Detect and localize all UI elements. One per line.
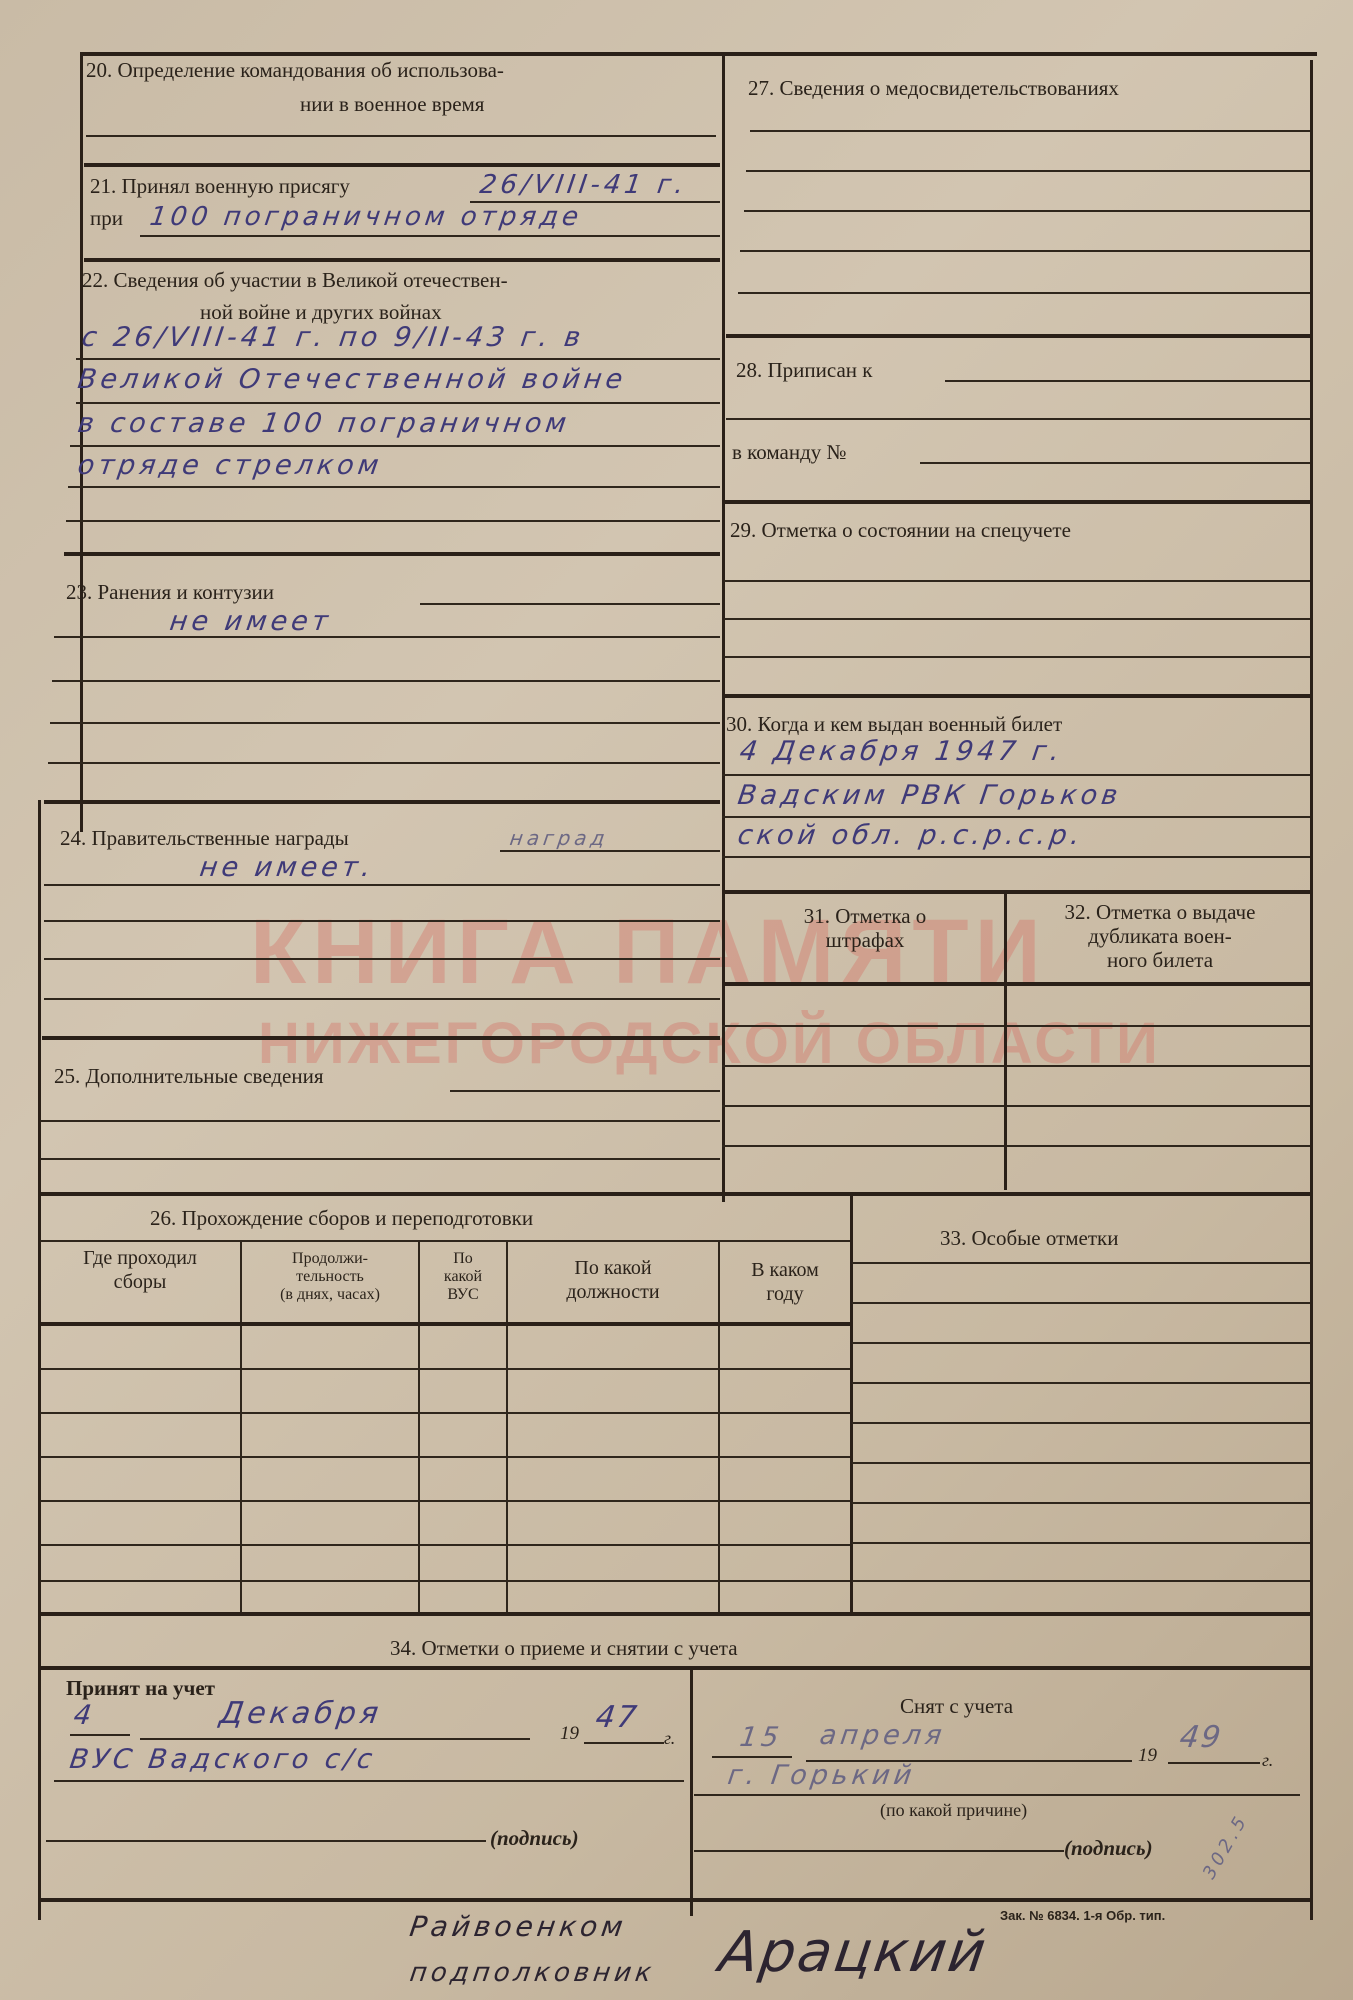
registration-title: 34. Отметки о приеме и снятии с учета — [390, 1636, 738, 1660]
column-header-year: В какомгоду — [720, 1258, 850, 1306]
column-header-duration: Продолжи-тельность(в днях, часах) — [242, 1250, 418, 1304]
accepted-signature-line[interactable] — [46, 1840, 486, 1842]
removed-label: Снят с учета — [900, 1694, 1013, 1718]
removed-reason[interactable]: г. Горький — [726, 1760, 918, 1791]
field-25-label: 25. Дополнительные сведения — [54, 1064, 324, 1088]
accepted-signature-label: (подпись) — [490, 1826, 579, 1850]
field-30-label: 30. Когда и кем выдан военный билет — [726, 712, 1062, 736]
table-row[interactable] — [40, 1580, 850, 1582]
right-border — [1310, 60, 1313, 1920]
signer-rank: подполковник — [408, 1958, 657, 1988]
removed-reason-label: (по какой причине) — [880, 1800, 1027, 1820]
field-33-label: 33. Особые отметки — [940, 1226, 1118, 1250]
print-info: Зак. № 6834. 1-я Обр. тип. — [1000, 1908, 1165, 1923]
table-row[interactable] — [40, 1544, 850, 1546]
commissar-signature: Арацкий — [715, 1920, 991, 1985]
field-27-label: 27. Сведения о медосвидетельствованиях — [748, 76, 1119, 100]
field-22-label: 22. Сведения об участии в Великой отечес… — [82, 268, 508, 292]
field-21-prefix: при — [90, 206, 123, 230]
field-20-line — [86, 135, 716, 137]
field-30-line-3[interactable]: ской обл. р.с.р.с.р. — [736, 820, 1086, 851]
signer-title: Райвоенком — [408, 1910, 629, 1943]
field-28-command-line[interactable] — [920, 462, 1310, 464]
left-border-lower — [38, 800, 41, 1920]
document-page: КНИГА ПАМЯТИ НИЖЕГОРОДСКОЙ ОБЛАСТИ 20. О… — [0, 0, 1353, 2000]
field-32-label: 32. Отметка о выдачедубликата воен-ного … — [1010, 900, 1310, 972]
column-divider — [722, 52, 725, 1202]
field-28-command-label: в команду № — [732, 440, 847, 464]
field-24-value-faint: наград — [508, 826, 610, 850]
accepted-day[interactable]: 4 — [72, 1700, 98, 1731]
field-28-label: 28. Приписан к — [736, 358, 872, 382]
field-22-label-2: ной войне и других войнах — [200, 300, 442, 324]
field-22-line-3[interactable]: в составе 100 пограничном — [76, 408, 572, 439]
form-bottom-border — [38, 1898, 1312, 1902]
removed-note: 302.5 — [1199, 1810, 1253, 1882]
removed-month[interactable]: апреля — [818, 1720, 948, 1751]
field-21-date[interactable]: 26/VIII-41 г. — [478, 170, 690, 200]
removed-signature-label: (подпись) — [1064, 1836, 1153, 1860]
column-header-vus: ПокакойВУС — [420, 1250, 506, 1304]
field-24-label: 24. Правительственные награды — [60, 826, 349, 850]
table-row[interactable] — [40, 1500, 850, 1502]
field-22-line-1[interactable]: с 26/VIII-41 г. по 9/II-43 г. в — [80, 322, 587, 353]
field-23-value[interactable]: не имеет — [168, 606, 334, 637]
field-20-label: 20. Определение командования об использо… — [86, 58, 504, 82]
field-28-input-line[interactable] — [945, 380, 1310, 382]
field-31-label: 31. Отметка оштрафах — [740, 904, 990, 952]
column-header-place: Где проходилсборы — [40, 1246, 240, 1294]
field-21-label: 21. Принял военную присягу — [90, 174, 350, 198]
field-23-label: 23. Ранения и контузии — [66, 580, 274, 604]
training-table-title: 26. Прохождение сборов и переподготовки — [150, 1206, 533, 1230]
field-22-line-2[interactable]: Великой Отечественной войне — [76, 364, 629, 395]
field-21-place[interactable]: 100 пограничном отряде — [148, 202, 584, 232]
left-border-upper — [80, 52, 83, 832]
field-20-label-2: нии в военное время — [300, 92, 484, 116]
top-border — [80, 52, 1317, 56]
table-row[interactable] — [40, 1368, 850, 1370]
accepted-label: Принят на учет — [66, 1676, 215, 1700]
field-24-value[interactable]: не имеет. — [198, 852, 377, 883]
field-29-label: 29. Отметка о состоянии на спецучете — [730, 518, 1071, 542]
accepted-year[interactable]: 47 — [594, 1700, 641, 1735]
accepted-year-prefix: 19 — [560, 1722, 579, 1746]
field-22-line-4[interactable]: отряде стрелком — [76, 450, 385, 481]
removed-signature-line[interactable] — [694, 1850, 1064, 1852]
accepted-by[interactable]: ВУС Вадского с/с — [68, 1744, 378, 1775]
field-30-line-2[interactable]: Вадским РВК Горьков — [736, 780, 1124, 811]
accepted-month[interactable]: Декабря — [218, 1696, 385, 1731]
removed-day[interactable]: 15 — [738, 1722, 785, 1753]
table-row[interactable] — [40, 1456, 850, 1458]
table-row[interactable] — [40, 1412, 850, 1414]
removed-year[interactable]: 49 — [1178, 1720, 1225, 1755]
field-30-line-1[interactable]: 4 Декабря 1947 г. — [738, 736, 1065, 767]
column-header-position: По какойдолжности — [508, 1256, 718, 1304]
